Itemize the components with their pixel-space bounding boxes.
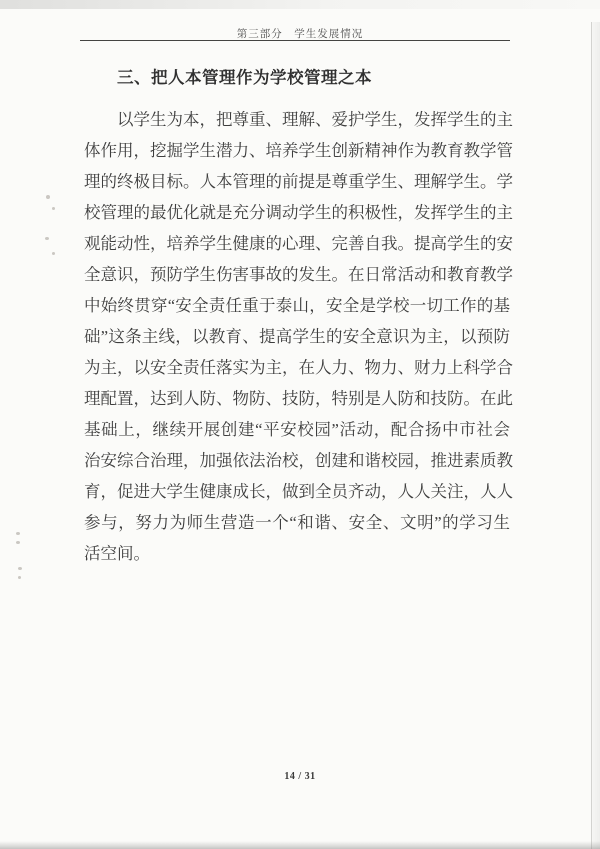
running-header: 第三部分 学生发展情况 <box>0 26 600 41</box>
body-line: 活空间。 <box>84 538 510 569</box>
body-line: 校管理的最优化就是充分调动学生的积极性，发挥学生的主 <box>84 197 510 228</box>
body-line: 础”这条主线，以教育、提高学生的安全意识为主，以预防 <box>84 321 510 352</box>
header-rule <box>80 40 510 41</box>
section-heading: 三、把人本管理作为学校管理之本 <box>117 64 372 88</box>
scan-artifact <box>46 195 50 199</box>
scan-artifact <box>52 207 55 210</box>
body-line: 基础上，继续开展创建“平安校园”活动，配合扬中市社会 <box>84 414 510 445</box>
body-line: 全意识，预防学生伤害事故的发生。在日常活动和教育教学 <box>84 259 510 290</box>
scan-right-edge <box>591 22 600 849</box>
body-line: 体作用，挖掘学生潜力、培养学生创新精神作为教育教学管 <box>84 135 510 166</box>
scan-artifact <box>18 567 22 570</box>
body-line: 理的终极目标。人本管理的前提是尊重学生、理解学生。学 <box>84 166 510 197</box>
body-line: 育，促进大学生健康成长，做到全员齐动，人人关注，人人 <box>84 476 510 507</box>
scan-artifact <box>16 541 20 544</box>
body-line: 治安综合治理，加强依法治校，创建和谐校园，推进素质教 <box>84 445 510 476</box>
body-line: 理配置，达到人防、物防、技防，特别是人防和技防。在此 <box>84 383 510 414</box>
scan-artifact <box>16 532 20 535</box>
scan-top-edge <box>0 0 600 9</box>
body-line: 中始终贯穿“安全责任重于泰山，安全是学校一切工作的基 <box>84 290 510 321</box>
body-line: 以学生为本，把尊重、理解、爱护学生，发挥学生的主 <box>84 104 510 135</box>
body-line: 观能动性，培养学生健康的心理、完善自我。提高学生的安 <box>84 228 510 259</box>
scan-artifact <box>52 252 55 255</box>
scan-artifact <box>45 237 49 240</box>
page-number: 14 / 31 <box>0 771 600 782</box>
body-line: 参与，努力为师生营造一个“和谐、安全、文明”的学习生 <box>84 507 510 538</box>
body-line: 为主，以安全责任落实为主，在人力、物力、财力上科学合 <box>84 352 510 383</box>
body-paragraph: 以学生为本，把尊重、理解、爱护学生，发挥学生的主 体作用，挖掘学生潜力、培养学生… <box>84 104 510 569</box>
scanned-document-page: 第三部分 学生发展情况 三、把人本管理作为学校管理之本 以学生为本，把尊重、理解… <box>0 0 600 849</box>
scan-artifact <box>18 576 21 579</box>
scan-bottom-edge <box>0 841 600 849</box>
